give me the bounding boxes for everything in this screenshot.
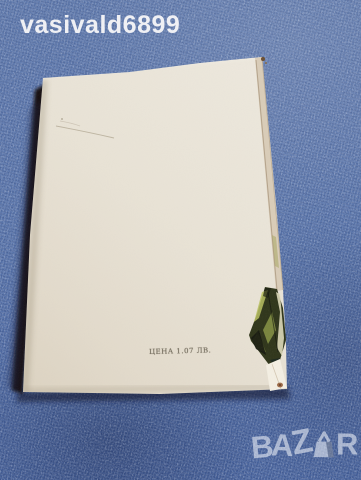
logo-letter-r: R — [336, 429, 356, 460]
watermark-username: vasivald6899 — [20, 11, 180, 40]
photo-grain — [0, 0, 361, 480]
logo-letter-z: Z — [288, 424, 313, 461]
bazar-logo: B A Z R — [250, 425, 356, 463]
book-photo-illustration — [0, 0, 361, 480]
logo-letter-b: B — [250, 431, 273, 464]
shopping-bag-icon — [312, 431, 334, 458]
photo-book-back-cover: vasivald6899 ЦЕНА 1.07 ЛВ. B A Z R — [0, 0, 361, 480]
